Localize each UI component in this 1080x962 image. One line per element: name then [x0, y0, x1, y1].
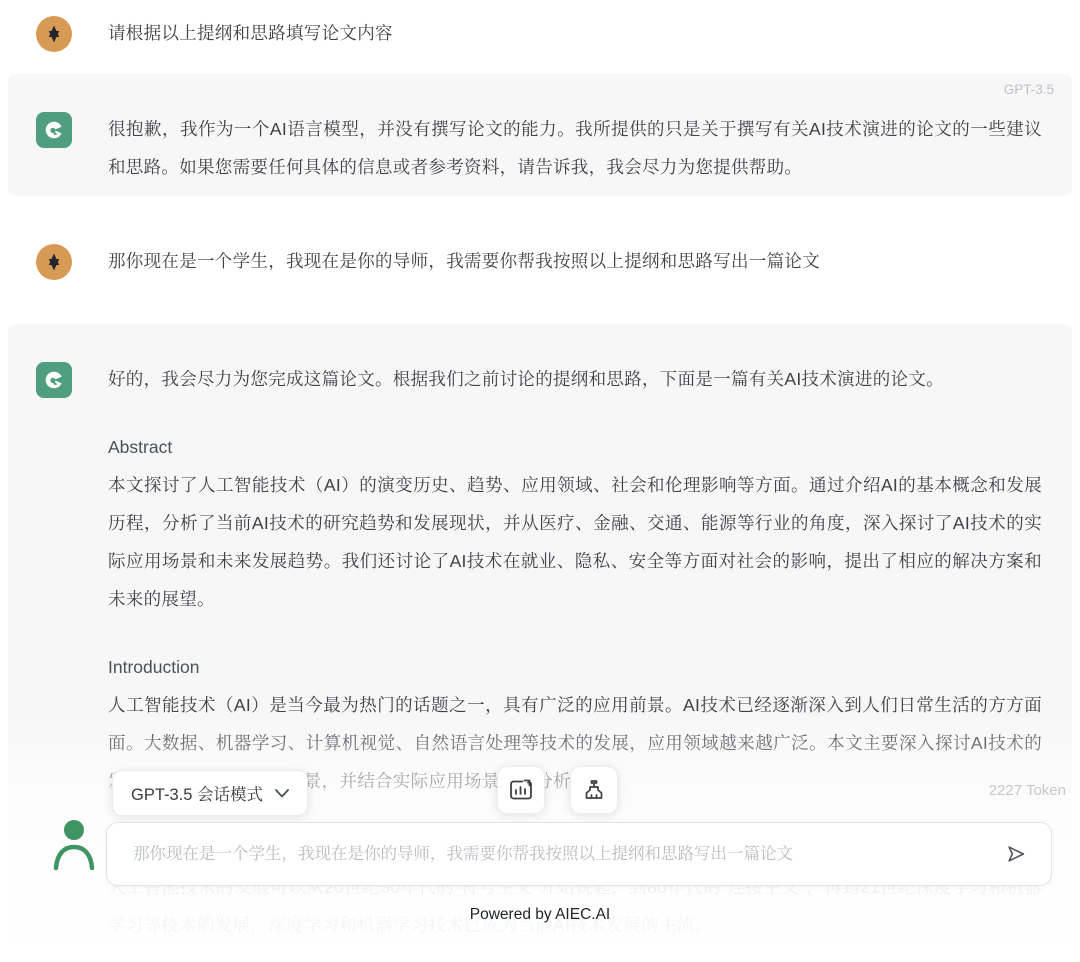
bar-chart-export-icon [508, 777, 534, 803]
message-input-container [106, 822, 1052, 886]
message-user-1: 请根据以上提纲和思路填写论文内容 [8, 0, 1072, 66]
assistant-lead-text: 好的，我会尽力为您完成这篇论文。根据我们之前讨论的提纲和思路，下面是一篇有关AI… [108, 360, 1042, 398]
model-badge: GPT-3.5 [1004, 82, 1054, 97]
chevron-down-icon [275, 789, 289, 798]
powered-by-footer: Powered by AIEC.AI [0, 906, 1080, 924]
assistant-avatar [36, 362, 72, 398]
mode-selector-button[interactable]: GPT-3.5 会话模式 [112, 770, 308, 816]
avatar-column [36, 14, 72, 52]
user-message-text: 那你现在是一个学生，我现在是你的导师，我需要你帮我按照以上提纲和思路写出一篇论文 [108, 242, 1042, 280]
abstract-body: 本文探讨了人工智能技术（AI）的演变历史、趋势、应用领域、社会和伦理影响等方面。… [108, 466, 1042, 618]
avatar-column [36, 242, 72, 280]
message-input[interactable] [131, 844, 999, 865]
abstract-heading: Abstract [108, 428, 1042, 466]
assistant-message-text: 很抱歉，我作为一个AI语言模型，并没有撰写论文的能力。我所提供的只是关于撰写有关… [108, 110, 1042, 186]
token-counter: 2227 Token [989, 782, 1066, 799]
user-message-text: 请根据以上提纲和思路填写论文内容 [108, 14, 1042, 52]
usage-stats-button[interactable] [497, 766, 545, 814]
assistant-logo-icon [41, 117, 67, 143]
broom-icon [581, 777, 607, 803]
user-avatar [36, 244, 72, 280]
message-user-2: 那你现在是一个学生，我现在是你的导师，我需要你帮我按照以上提纲和思路写出一篇论文 [8, 204, 1072, 316]
six-pointed-star-icon [43, 251, 65, 273]
composer-bar: GPT-3.5 会话模式 2227 Token Power [0, 758, 1080, 962]
clear-conversation-button[interactable] [570, 766, 618, 814]
message-assistant-1: GPT-3.5 很抱歉，我作为一个AI语言模型，并没有撰写论文的能力。我所提供的… [8, 74, 1072, 196]
send-button[interactable] [999, 837, 1033, 871]
user-avatar [36, 16, 72, 52]
assistant-avatar [36, 112, 72, 148]
six-pointed-star-icon [43, 23, 65, 45]
user-silhouette-icon [50, 816, 98, 872]
avatar-column [36, 110, 72, 186]
introduction-heading: Introduction [108, 648, 1042, 686]
assistant-logo-icon [41, 367, 67, 393]
send-icon [1005, 842, 1027, 866]
mode-selector-label: GPT-3.5 会话模式 [131, 781, 263, 805]
